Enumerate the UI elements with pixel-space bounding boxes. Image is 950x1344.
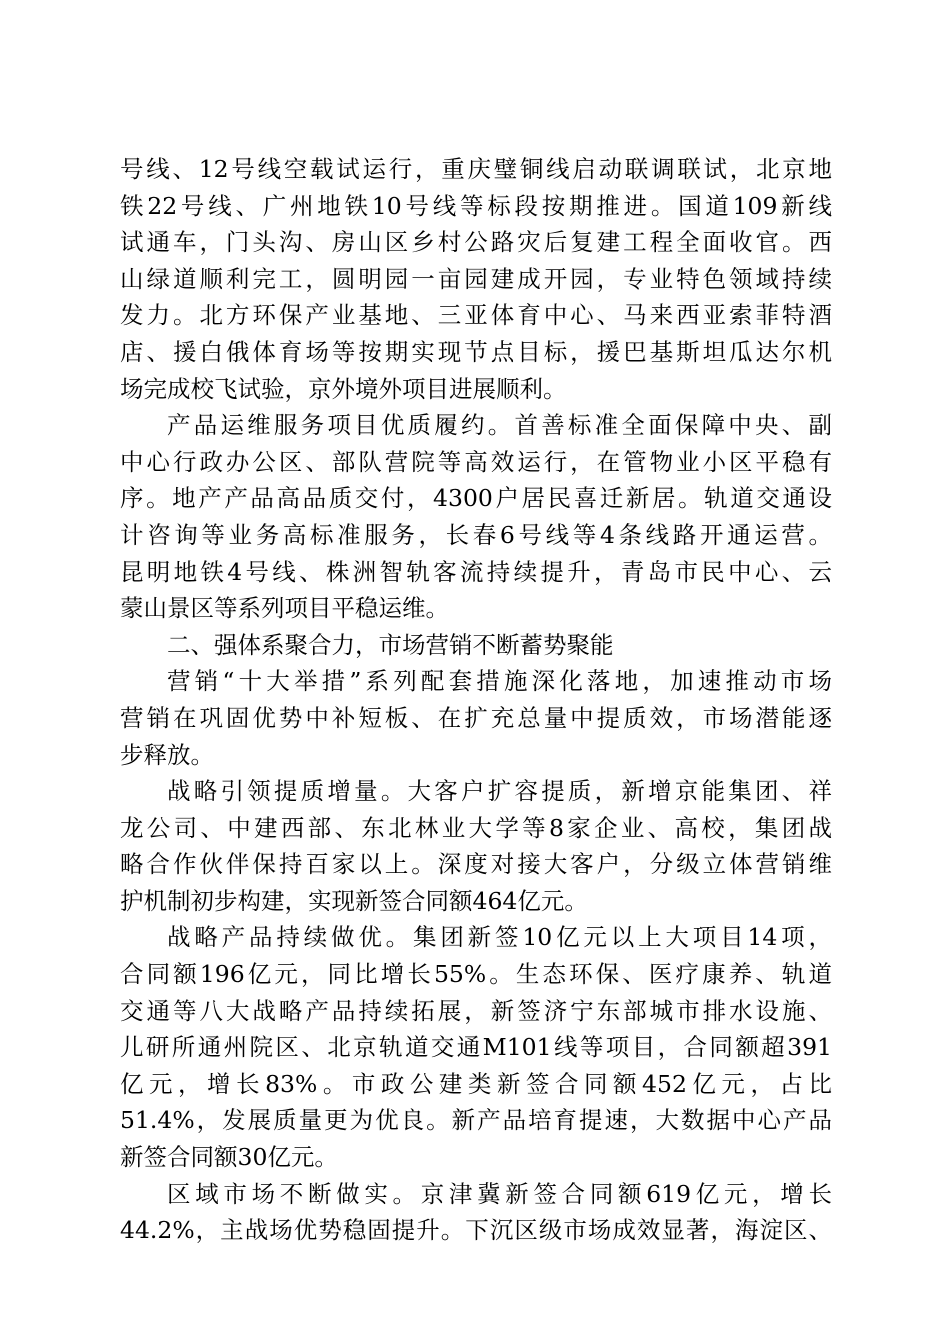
text-line: 儿研所通州院区、北京轨道交通M101线等项目，合同额超391 (120, 1029, 832, 1066)
paragraph-start-line: 战略引领提质增量。大客户扩容提质，新增京能集团、祥 (120, 773, 832, 810)
text-line: 计咨询等业务高标准服务，长春6号线等4条线路开通运营。 (120, 517, 832, 554)
text-line: 步释放。 (120, 737, 832, 774)
text-line: 场完成校飞试验，京外境外项目进展顺利。 (120, 371, 832, 408)
text-line: 试通车，门头沟、房山区乡村公路灾后复建工程全面收官。西 (120, 224, 832, 261)
section-heading: 二、强体系聚合力，市场营销不断蓄势聚能 (120, 627, 832, 664)
text-line: 交通等八大战略产品持续拓展，新签济宁东部城市排水设施、 (120, 993, 832, 1030)
text-line: 略合作伙伴保持百家以上。深度对接大客户，分级立体营销维 (120, 846, 832, 883)
text-line: 中心行政办公区、部队营院等高效运行，在管物业小区平稳有 (120, 444, 832, 481)
text-line: 新签合同额30亿元。 (120, 1139, 832, 1176)
text-line: 护机制初步构建，实现新签合同额464亿元。 (120, 883, 832, 920)
text-line: 山绿道顺利完工，圆明园一亩园建成开园，专业特色领域持续 (120, 261, 832, 298)
text-line: 龙公司、中建西部、东北林业大学等8家企业、高校，集团战 (120, 810, 832, 847)
paragraph-start-line: 区域市场不断做实。京津冀新签合同额619亿元，增长 (120, 1176, 832, 1213)
text-line: 序。地产产品高品质交付，4300户居民喜迁新居。轨道交通设 (120, 480, 832, 517)
text-line: 营销在巩固优势中补短板、在扩充总量中提质效，市场潜能逐 (120, 700, 832, 737)
paragraph-start-line: 产品运维服务项目优质履约。首善标准全面保障中央、副 (120, 407, 832, 444)
text-line: 铁22号线、广州地铁10号线等标段按期推进。国道109新线 (120, 188, 832, 225)
paragraph-start-line: 营销“十大举措”系列配套措施深化落地，加速推动市场 (120, 663, 832, 700)
text-line: 蒙山景区等系列项目平稳运维。 (120, 590, 832, 627)
text-line: 51.4%，发展质量更为优良。新产品培育提速，大数据中心产品 (120, 1102, 832, 1139)
text-line: 昆明地铁4号线、株洲智轨客流持续提升，青岛市民中心、云 (120, 554, 832, 591)
text-line: 合同额196亿元，同比增长55%。生态环保、医疗康养、轨道 (120, 956, 832, 993)
text-line: 亿元，增长83%。市政公建类新签合同额452亿元，占比 (120, 1066, 832, 1103)
text-line: 发力。北方环保产业基地、三亚体育中心、马来西亚索菲特酒 (120, 297, 832, 334)
text-line: 店、援白俄体育场等按期实现节点目标，援巴基斯坦瓜达尔机 (120, 334, 832, 371)
text-line: 号线、12号线空载试运行，重庆璧铜线启动联调联试，北京地 (120, 151, 832, 188)
document-page: 号线、12号线空载试运行，重庆璧铜线启动联调联试，北京地 铁22号线、广州地铁1… (120, 151, 832, 1249)
paragraph-start-line: 战略产品持续做优。集团新签10亿元以上大项目14项， (120, 919, 832, 956)
text-line: 44.2%，主战场优势稳固提升。下沉区级市场成效显著，海淀区、 (120, 1212, 832, 1249)
